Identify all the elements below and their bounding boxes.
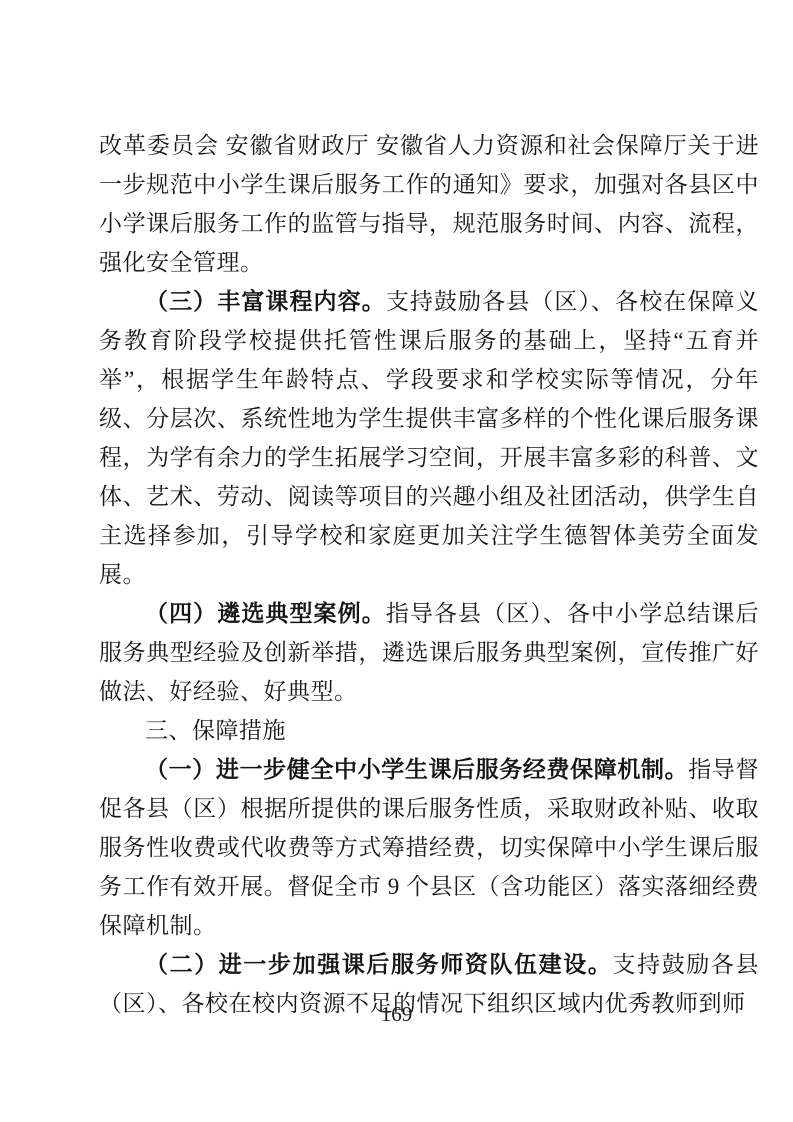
emphasis-text-run: （二）进一步加强课后服务师资队伍建设。 bbox=[145, 952, 612, 977]
document-body: 改革委员会 安徽省财政厅 安徽省人力资源和社会保障厅关于进一步规范中小学生课后服… bbox=[99, 126, 759, 1023]
text-run: 指导督促各县（区）根据所提供的课后服务性质，采取财政补贴、收取服务性收费或代收费… bbox=[99, 757, 759, 938]
paragraph: （三）丰富课程内容。支持鼓励各县（区）、各校在保障义务教育阶段学校提供托管性课后… bbox=[99, 282, 759, 594]
page-number: 169 bbox=[0, 1001, 793, 1027]
text-run: 支持鼓励各县（区）、各校在保障义务教育阶段学校提供托管性课后服务的基础上，坚持“… bbox=[99, 289, 759, 587]
section-heading: 三、保障措施 bbox=[99, 711, 759, 750]
paragraph: （一）进一步健全中小学生课后服务经费保障机制。指导督促各县（区）根据所提供的课后… bbox=[99, 750, 759, 945]
paragraph: （四）遴选典型案例。指导各县（区）、各中小学总结课后服务典型经验及创新举措，遴选… bbox=[99, 594, 759, 711]
text-run: 改革委员会 安徽省财政厅 安徽省人力资源和社会保障厅关于进一步规范中小学生课后服… bbox=[99, 133, 759, 275]
emphasis-text-run: （四）遴选典型案例。 bbox=[145, 601, 386, 626]
emphasis-text-run: （三）丰富课程内容。 bbox=[145, 289, 386, 314]
document-page: 改革委员会 安徽省财政厅 安徽省人力资源和社会保障厅关于进一步规范中小学生课后服… bbox=[0, 0, 793, 1122]
paragraph: 改革委员会 安徽省财政厅 安徽省人力资源和社会保障厅关于进一步规范中小学生课后服… bbox=[99, 126, 759, 282]
emphasis-text-run: （一）进一步健全中小学生课后服务经费保障机制。 bbox=[145, 757, 688, 782]
text-run: 三、保障措施 bbox=[145, 717, 286, 743]
